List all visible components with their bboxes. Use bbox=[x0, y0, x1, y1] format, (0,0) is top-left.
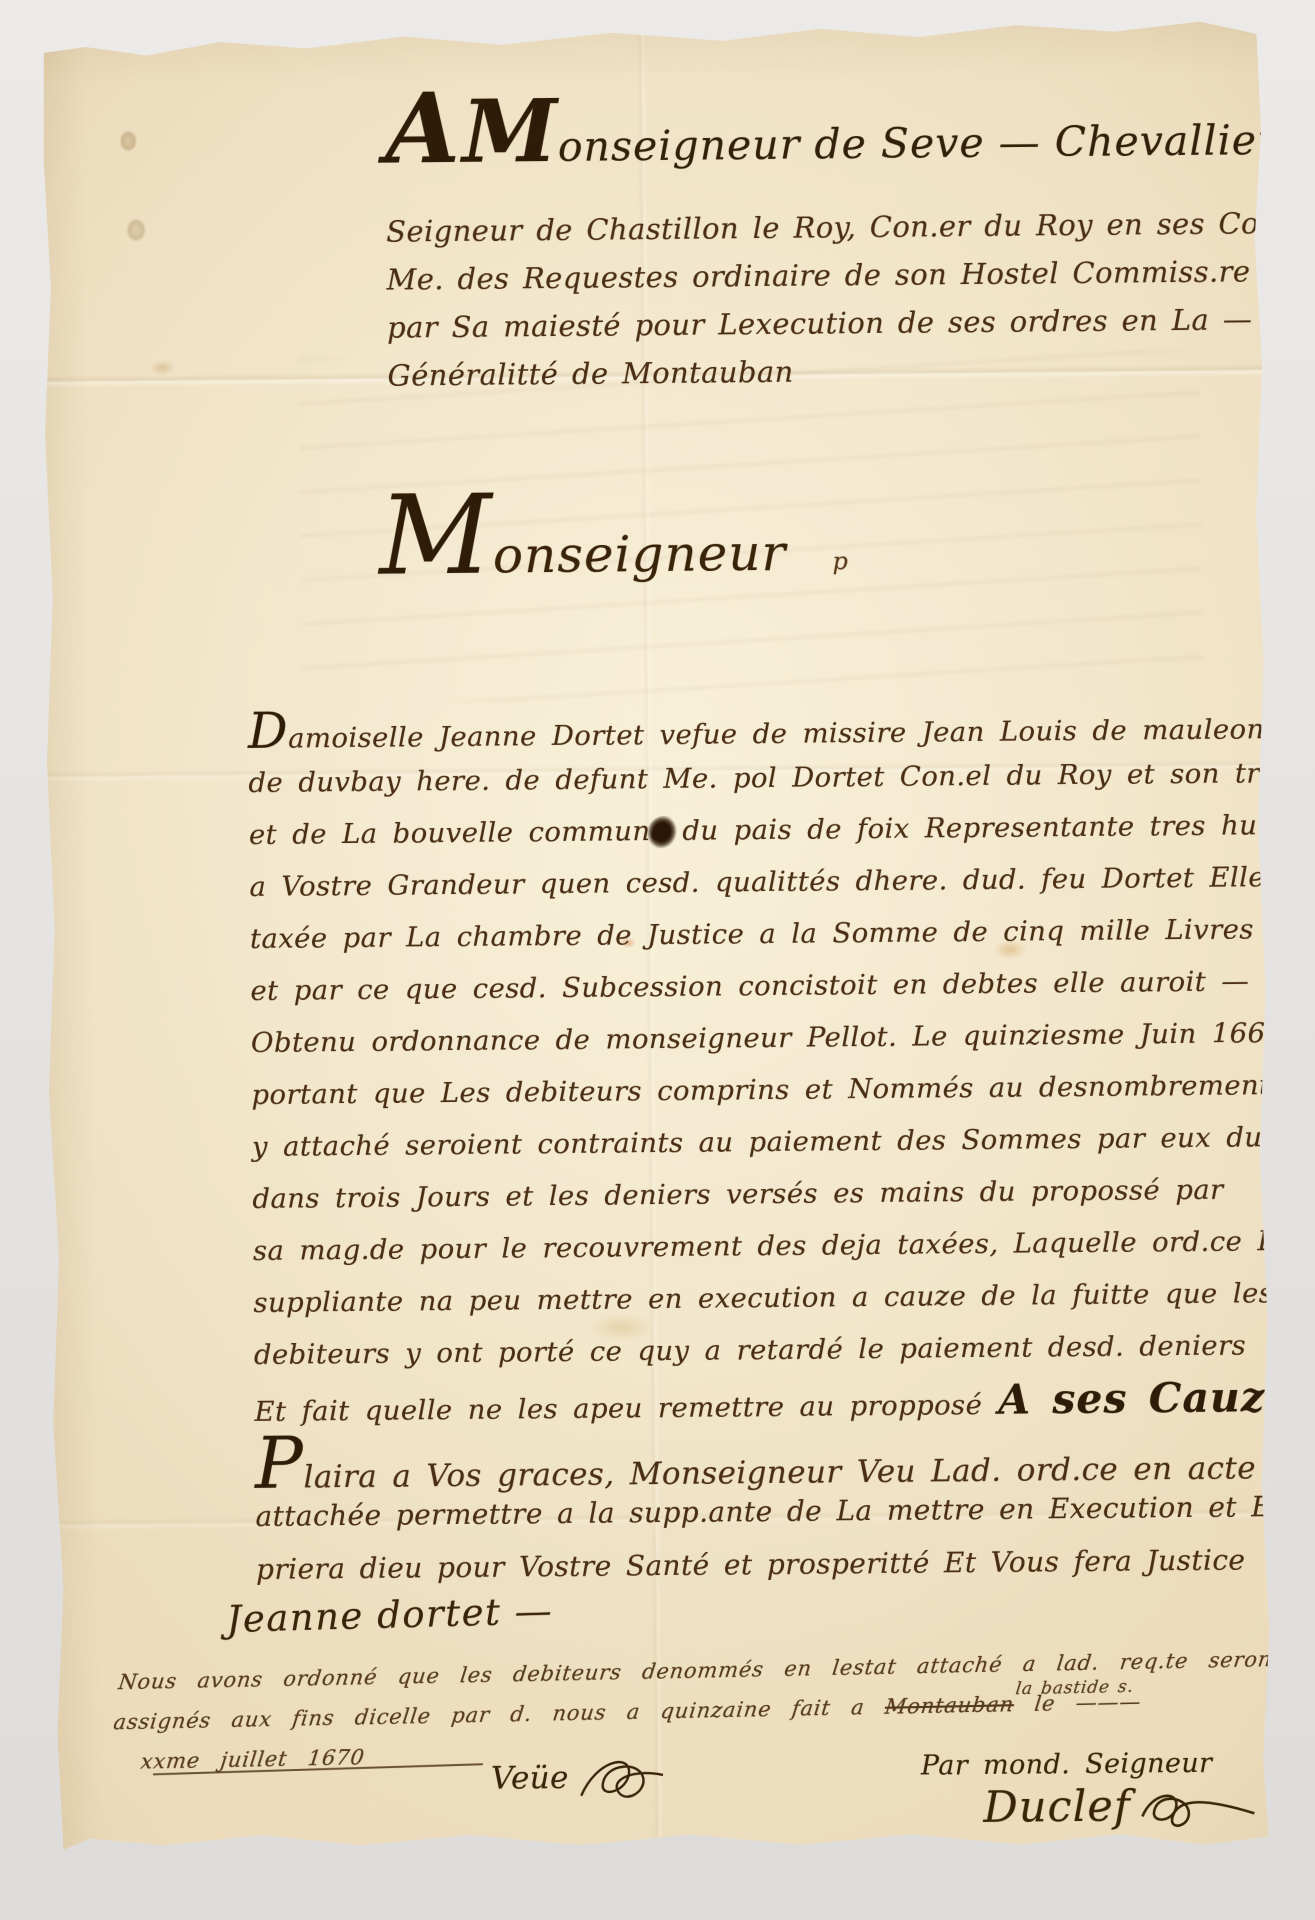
illuminated-initial-m: M bbox=[462, 81, 559, 183]
a-ses-cauzes-emphasis: A ses Cauzes — bbox=[998, 1372, 1315, 1424]
manuscript-paper: AMonseigneur de Seve — Chevallier Seigne… bbox=[36, 19, 1279, 1863]
paraph-flourish bbox=[1139, 1785, 1260, 1842]
body-line: Et fait quelle ne les apeu remettre au p… bbox=[254, 1371, 1274, 1433]
countersign-block: Par mond. Seigneur Duclef bbox=[921, 1747, 1259, 1844]
petition-line: attachée permettre a la supp.ante de La … bbox=[255, 1480, 1275, 1543]
illuminated-initial-a: A bbox=[385, 72, 461, 186]
salutation-paraph: p bbox=[832, 547, 849, 575]
countersign-line: Par mond. Seigneur bbox=[921, 1747, 1259, 1781]
petition-line: priera dieu pour Vostre Santé et prosper… bbox=[256, 1533, 1276, 1596]
stain bbox=[119, 130, 137, 152]
address-line: par Sa maiesté pour Lexecution de ses or… bbox=[387, 295, 1277, 352]
veue-mark: Veüe bbox=[491, 1751, 669, 1811]
interlinear-insertion: la bastide s. bbox=[1013, 1667, 1136, 1709]
address-block: AMonseigneur de Seve — Chevallier Seigne… bbox=[385, 71, 1278, 400]
address-line: Me. des Requestes ordinaire de son Hoste… bbox=[386, 247, 1276, 304]
signature-jeanne-dortet: Jeanne dortet — bbox=[226, 1589, 554, 1641]
photo-stage: AMonseigneur de Seve — Chevallier Seigne… bbox=[0, 0, 1315, 1920]
address-line: AMonseigneur de Seve — Chevallier bbox=[385, 71, 1276, 208]
address-line-text: onseigneur de Seve — Chevallier bbox=[558, 116, 1278, 171]
salutation-word: Monseigneur bbox=[379, 524, 787, 586]
address-line: Seigneur de Chastillon le Roy, Con.er du… bbox=[386, 199, 1276, 256]
signature-secretary: Duclef bbox=[983, 1780, 1259, 1844]
stain bbox=[126, 218, 146, 242]
struck-word: Montauban bbox=[884, 1692, 1016, 1719]
paraph-flourish bbox=[577, 1751, 670, 1810]
petition-line: Plaira a Vos graces, Monseigneur Veu Lad… bbox=[255, 1427, 1275, 1490]
veue-word: Veüe bbox=[491, 1760, 569, 1797]
salutation: Monseigneurp bbox=[378, 467, 849, 600]
stain bbox=[149, 360, 175, 376]
petition-close: Plaira a Vos graces, Monseigneur Veu Lad… bbox=[255, 1427, 1276, 1596]
petition-body: Damoiselle Jeanne Dortet vefue de missir… bbox=[248, 695, 1275, 1433]
body-line-text: Et fait quelle ne les apeu remettre au p… bbox=[254, 1389, 982, 1428]
address-line: Généralitté de Montauban bbox=[387, 343, 1277, 400]
secretary-name: Duclef bbox=[983, 1781, 1131, 1832]
